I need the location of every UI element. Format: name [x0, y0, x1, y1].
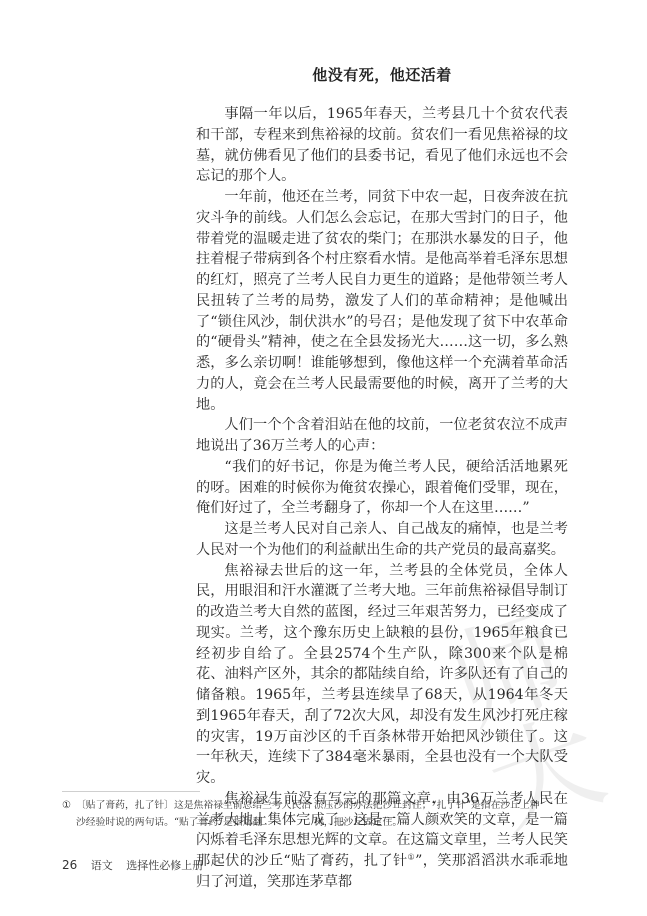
page-number: 26	[62, 858, 77, 872]
footnote-number: ①	[62, 797, 71, 814]
footnote-divider	[62, 791, 200, 792]
footnote-text: 〔贴了膏药，扎了针〕这是焦裕禄生前总结兰考人民治沙经验时说的两句话。“贴了膏药”…	[62, 797, 312, 831]
article-body: 事隔一年以后，1965年春天，兰考县几十个贫农代表和干部，专程来到焦裕禄的坟前。…	[196, 104, 568, 893]
page-footer: 26 语文 选择性必修上册	[62, 857, 203, 873]
footnote-reference[interactable]: ①	[408, 852, 416, 861]
paragraph: 人们一个个含着泪站在他的坟前，一位老贫农泣不成声地说出了36万兰考人的心声：	[196, 415, 568, 457]
paragraph: 这是兰考人民对自己亲人、自己战友的痛悼，也是兰考人民对一个为他们的利益献出生命的…	[196, 519, 568, 561]
paragraph: “我们的好书记，你是为俺兰考人民，硬给活活地累死的呀。困难的时候你为俺贫农操心，…	[196, 457, 568, 519]
footnote-right-column: 淤压沙的办法把沙丘封住；“扎了针”是指在沙丘上种树，把沙丘固定住。	[314, 797, 544, 831]
section-title: 他没有死，他还活着	[196, 64, 568, 85]
footer-book-title: 选择性必修上册	[126, 859, 203, 872]
paragraph: 一年前，他还在兰考，同贫下中农一起，日夜奔波在抗灾斗争的前线。人们怎么会忘记，在…	[196, 187, 568, 415]
paragraph: 焦裕禄去世后的这一年，兰考县的全体党员，全体人民，用眼泪和汗水灌溉了兰考大地。三…	[196, 561, 568, 789]
footer-subject: 语文	[91, 859, 113, 872]
paragraph: 事隔一年以后，1965年春天，兰考县几十个贫农代表和干部，专程来到焦裕禄的坟前。…	[196, 104, 568, 187]
footnote-left-column: ① 〔贴了膏药，扎了针〕这是焦裕禄生前总结兰考人民治沙经验时说的两句话。“贴了膏…	[62, 797, 312, 831]
